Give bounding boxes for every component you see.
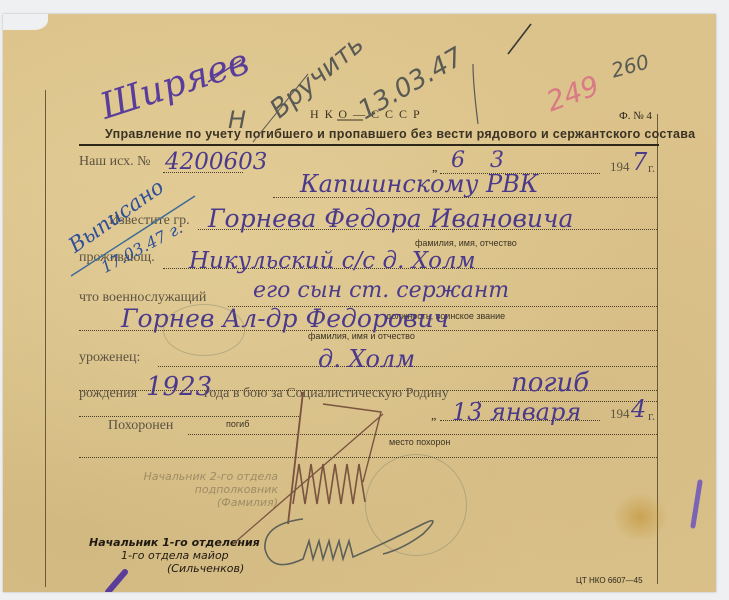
pen-strokes <box>3 14 716 592</box>
notice-paper: НКО—СССР Ф. № 4 Управление по учету поги… <box>3 14 716 592</box>
